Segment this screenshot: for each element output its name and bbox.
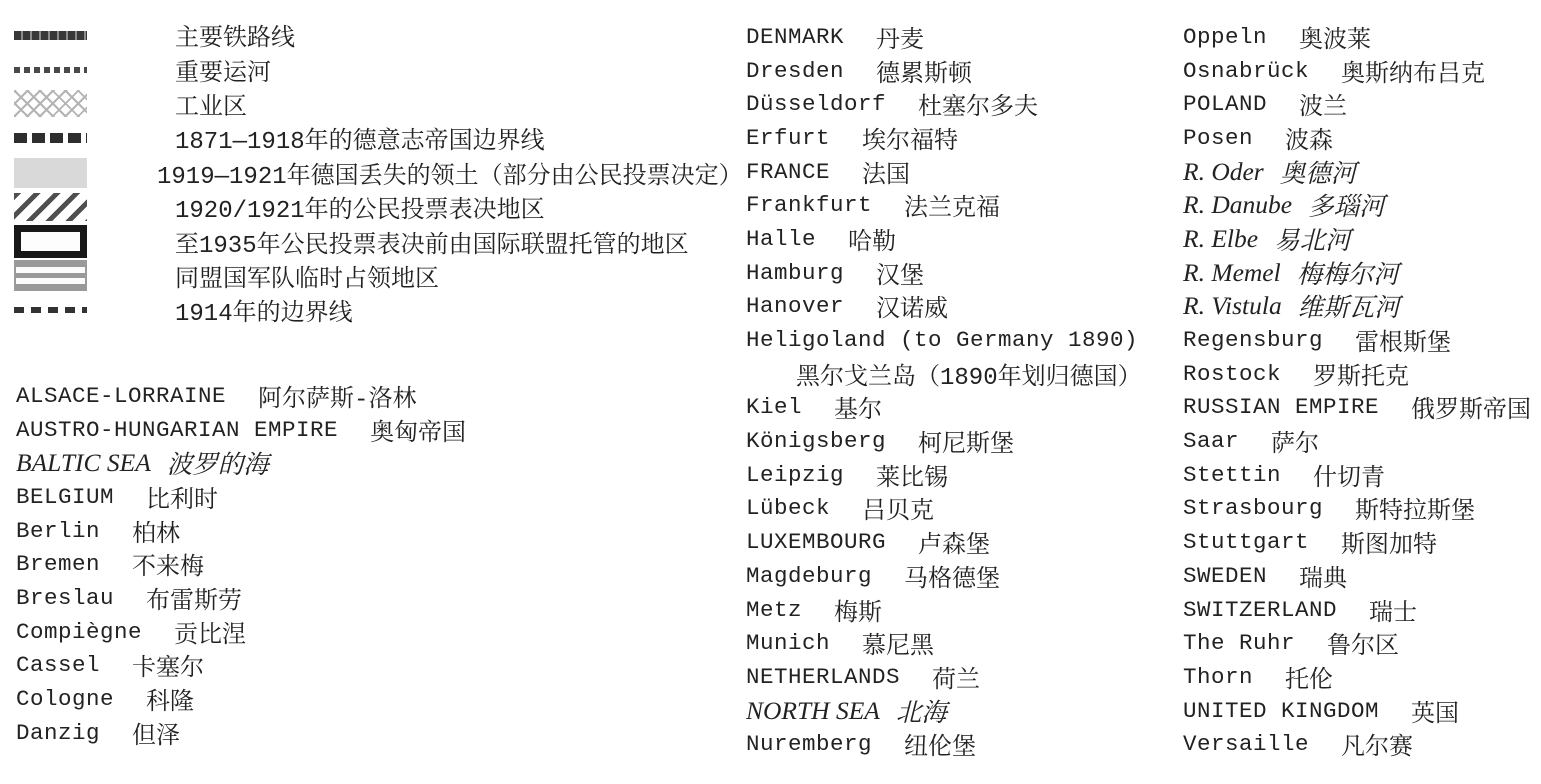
glossary-entry: Dresden 德累斯顿: [746, 54, 1170, 88]
translation: 波兰: [1299, 86, 1347, 122]
glossary-entry: Halle 哈勒: [746, 222, 1170, 256]
glossary-entry: Erfurt 埃尔福特: [746, 121, 1170, 155]
translation: 汉诺威: [876, 288, 948, 324]
map-legend: 主要铁路线 重要运河 工业区 1871—1918年的德意志帝国边界线 1919—…: [14, 18, 743, 328]
glossary-column-left: ALSACE-LORRAINE 阿尔萨斯-洛林 AUSTRO-HUNGARIAN…: [16, 379, 466, 750]
translation: 奥德河: [1280, 154, 1357, 190]
term: Frankfurt: [746, 192, 872, 218]
glossary-entry: Metz 梅斯: [746, 593, 1170, 627]
glossary-entry: The Ruhr 鲁尔区: [1183, 626, 1531, 660]
legend-item: 1920/1921年的公民投票表决地区: [14, 190, 743, 224]
term: Saar: [1183, 428, 1239, 454]
translation: 基尔: [834, 389, 882, 425]
translation: 鲁尔区: [1327, 625, 1399, 661]
glossary-entry: Berlin 柏林: [16, 514, 466, 548]
translation: 梅梅尔河: [1297, 255, 1399, 291]
translation: 奥波莱: [1299, 19, 1371, 55]
term: Strasbourg: [1183, 495, 1323, 521]
glossary-entry: Heligoland (to Germany 1890): [746, 323, 1170, 357]
translation: 斯特拉斯堡: [1355, 490, 1475, 526]
glossary-entry: Danzig 但泽: [16, 716, 466, 750]
legend-label: 同盟国军队临时占领地区: [175, 258, 439, 294]
term: BELGIUM: [16, 484, 114, 510]
legend-label: 1871—1918年的德意志帝国边界线: [175, 120, 545, 156]
term: Königsberg: [746, 428, 886, 454]
glossary-entry: Hamburg 汉堡: [746, 256, 1170, 290]
legend-item: 工业区: [14, 87, 743, 121]
translation: 凡尔赛: [1341, 726, 1413, 762]
legend-item: 主要铁路线: [14, 18, 743, 52]
translation: 萨尔: [1271, 423, 1319, 459]
glossary-entry: Regensburg 雷根斯堡: [1183, 323, 1531, 357]
glossary-entry: SWITZERLAND 瑞士: [1183, 593, 1531, 627]
translation: 贡比涅: [174, 614, 246, 650]
translation: 瑞典: [1299, 558, 1347, 594]
translation: 易北河: [1274, 221, 1351, 257]
translation: 但泽: [132, 715, 180, 751]
term: R. Vistula: [1183, 291, 1282, 321]
legend-item: 重要运河: [14, 52, 743, 86]
term: Bremen: [16, 551, 100, 577]
term: Halle: [746, 226, 816, 252]
term: Cologne: [16, 686, 114, 712]
term: Cassel: [16, 652, 100, 678]
term: Lübeck: [746, 495, 830, 521]
term: SWITZERLAND: [1183, 597, 1337, 623]
translation: 卡塞尔: [132, 647, 204, 683]
legend-label: 1920/1921年的公民投票表决地区: [175, 189, 545, 225]
term: R. Oder: [1183, 157, 1264, 187]
translation: 法兰克福: [904, 187, 1000, 223]
glossary-entry: Bremen 不来梅: [16, 547, 466, 581]
glossary-entry: RUSSIAN EMPIRE 俄罗斯帝国: [1183, 391, 1531, 425]
translation: 布雷斯劳: [146, 580, 242, 616]
glossary-entry: Kiel 基尔: [746, 391, 1170, 425]
term: POLAND: [1183, 91, 1267, 117]
glossary-column-middle: DENMARK 丹麦 Dresden 德累斯顿 Düsseldorf 杜塞尔多夫…: [746, 20, 1170, 761]
glossary-entry: Nuremberg 纽伦堡: [746, 727, 1170, 761]
term: Magdeburg: [746, 563, 872, 589]
term: Danzig: [16, 720, 100, 746]
term: LUXEMBOURG: [746, 529, 886, 555]
translation: 梅斯: [834, 592, 882, 628]
term: Breslau: [16, 585, 114, 611]
term: Hamburg: [746, 260, 844, 286]
glossary-entry: FRANCE 法国: [746, 155, 1170, 189]
legend-label: 1919—1921年德国丢失的领土（部分由公民投票决定）: [157, 155, 743, 191]
translation: 波森: [1285, 120, 1333, 156]
translation: 俄罗斯帝国: [1411, 389, 1531, 425]
term: Heligoland (to Germany 1890): [746, 327, 1138, 353]
glossary-entry: ALSACE-LORRAINE 阿尔萨斯-洛林: [16, 379, 466, 413]
translation: 科隆: [146, 681, 194, 717]
term: R. Danube: [1183, 190, 1292, 220]
glossary-entry: R. Memel 梅梅尔河: [1183, 256, 1531, 290]
glossary-entry: DENMARK 丹麦: [746, 20, 1170, 54]
legend-label: 主要铁路线: [175, 17, 295, 53]
translation: 黑尔戈兰岛（1890年划归德国）: [796, 356, 1142, 392]
translation: 北海: [896, 693, 947, 729]
translation: 比利时: [146, 479, 218, 515]
translation: 荷兰: [932, 659, 980, 695]
glossary-entry: Lübeck 吕贝克: [746, 492, 1170, 526]
glossary-entry: Breslau 布雷斯劳: [16, 581, 466, 615]
glossary-entry: AUSTRO-HUNGARIAN EMPIRE 奥匈帝国: [16, 413, 466, 447]
term: The Ruhr: [1183, 630, 1295, 656]
border-1914-symbol: [14, 307, 87, 313]
glossary-entry: SWEDEN 瑞典: [1183, 559, 1531, 593]
term: Rostock: [1183, 361, 1281, 387]
legend-item: 1919—1921年德国丢失的领土（部分由公民投票决定）: [14, 156, 743, 190]
glossary-entry: Königsberg 柯尼斯堡: [746, 424, 1170, 458]
term: Düsseldorf: [746, 91, 886, 117]
legend-label: 1914年的边界线: [175, 292, 353, 328]
glossary-entry: Compiègne 贡比涅: [16, 615, 466, 649]
term: Thorn: [1183, 664, 1253, 690]
translation: 罗斯托克: [1313, 356, 1409, 392]
glossary-entry: UNITED KINGDOM 英国: [1183, 694, 1531, 728]
legend-item: 同盟国军队临时占领地区: [14, 259, 743, 293]
glossary-entry: Munich 慕尼黑: [746, 626, 1170, 660]
translation: 汉堡: [876, 255, 924, 291]
glossary-entry: NORTH SEA 北海: [746, 694, 1170, 728]
term: DENMARK: [746, 24, 844, 50]
glossary-entry: R. Elbe 易北河: [1183, 222, 1531, 256]
term: Stuttgart: [1183, 529, 1309, 555]
glossary-entry: BELGIUM 比利时: [16, 480, 466, 514]
translation: 丹麦: [876, 19, 924, 55]
glossary-entry: Hanover 汉诺威: [746, 290, 1170, 324]
term: ALSACE-LORRAINE: [16, 383, 226, 409]
empire-border-symbol: [14, 133, 87, 143]
translation: 英国: [1411, 693, 1459, 729]
term: Kiel: [746, 394, 802, 420]
translation: 奥匈帝国: [370, 412, 466, 448]
term: FRANCE: [746, 159, 830, 185]
glossary-entry: R. Oder 奥德河: [1183, 155, 1531, 189]
glossary-entry: Magdeburg 马格德堡: [746, 559, 1170, 593]
term: Dresden: [746, 58, 844, 84]
translation: 莱比锡: [876, 457, 948, 493]
glossary-entry: Thorn 托伦: [1183, 660, 1531, 694]
glossary-entry: Düsseldorf 杜塞尔多夫: [746, 87, 1170, 121]
translation: 多瑙河: [1308, 187, 1385, 223]
glossary-entry: NETHERLANDS 荷兰: [746, 660, 1170, 694]
term: R. Elbe: [1183, 224, 1258, 254]
glossary-entry: Versaille 凡尔赛: [1183, 727, 1531, 761]
glossary-entry: Frankfurt 法兰克福: [746, 188, 1170, 222]
translation: 斯图加特: [1341, 524, 1437, 560]
term: UNITED KINGDOM: [1183, 698, 1379, 724]
translation: 纽伦堡: [904, 726, 976, 762]
glossary-entry: R. Danube 多瑙河: [1183, 188, 1531, 222]
term: NORTH SEA: [746, 696, 880, 726]
translation: 杜塞尔多夫: [918, 86, 1038, 122]
term: Stettin: [1183, 462, 1281, 488]
term: RUSSIAN EMPIRE: [1183, 394, 1379, 420]
railway-line-symbol: [14, 31, 87, 40]
translation: 德累斯顿: [876, 53, 972, 89]
term: BALTIC SEA: [16, 448, 151, 478]
glossary-entry: Rostock 罗斯托克: [1183, 357, 1531, 391]
translation: 埃尔福特: [862, 120, 958, 156]
legend-item: 1914年的边界线: [14, 293, 743, 327]
league-mandate-symbol: [14, 225, 87, 258]
term: Osnabrück: [1183, 58, 1309, 84]
term: Posen: [1183, 125, 1253, 151]
industrial-area-symbol: [14, 90, 87, 117]
translation: 吕贝克: [862, 490, 934, 526]
glossary-entry: Cassel 卡塞尔: [16, 649, 466, 683]
term: Regensburg: [1183, 327, 1323, 353]
translation: 柏林: [132, 513, 180, 549]
legend-label: 重要运河: [175, 52, 271, 88]
translation: 奥斯纳布吕克: [1341, 53, 1485, 89]
glossary-entry: POLAND 波兰: [1183, 87, 1531, 121]
glossary-entry: Strasbourg 斯特拉斯堡: [1183, 492, 1531, 526]
translation: 慕尼黑: [862, 625, 934, 661]
term: R. Memel: [1183, 258, 1281, 288]
legend-item: 1871—1918年的德意志帝国边界线: [14, 121, 743, 155]
term: Erfurt: [746, 125, 830, 151]
translation: 法国: [862, 154, 910, 190]
lost-territory-symbol: [14, 158, 87, 188]
translation: 卢森堡: [918, 524, 990, 560]
term: AUSTRO-HUNGARIAN EMPIRE: [16, 417, 338, 443]
term: Metz: [746, 597, 802, 623]
translation: 什切青: [1313, 457, 1385, 493]
translation: 维斯瓦河: [1298, 288, 1400, 324]
plebiscite-area-symbol: [14, 193, 87, 221]
term: Versaille: [1183, 731, 1309, 757]
legend-item: 至1935年公民投票表决前由国际联盟托管的地区: [14, 224, 743, 258]
canal-line-symbol: [14, 67, 87, 73]
glossary-entry: Saar 萨尔: [1183, 424, 1531, 458]
glossary-entry: Cologne 科隆: [16, 682, 466, 716]
translation: 不来梅: [132, 546, 204, 582]
glossary-entry: R. Vistula 维斯瓦河: [1183, 290, 1531, 324]
term: Munich: [746, 630, 830, 656]
translation: 瑞士: [1369, 592, 1417, 628]
term: Nuremberg: [746, 731, 872, 757]
glossary-entry: Oppeln 奥波莱: [1183, 20, 1531, 54]
glossary-entry: LUXEMBOURG 卢森堡: [746, 525, 1170, 559]
term: SWEDEN: [1183, 563, 1267, 589]
term: Compiègne: [16, 619, 142, 645]
translation: 波罗的海: [167, 445, 269, 481]
glossary-entry: BALTIC SEA 波罗的海: [16, 446, 466, 480]
glossary-entry: Osnabrück 奥斯纳布吕克: [1183, 54, 1531, 88]
allied-occupation-symbol: [14, 260, 87, 291]
term: Leipzig: [746, 462, 844, 488]
term: Berlin: [16, 518, 100, 544]
legend-label: 工业区: [175, 86, 247, 122]
term: Hanover: [746, 293, 844, 319]
term: Oppeln: [1183, 24, 1267, 50]
legend-label: 至1935年公民投票表决前由国际联盟托管的地区: [175, 224, 689, 260]
translation: 哈勒: [848, 221, 896, 257]
translation: 阿尔萨斯-洛林: [258, 378, 416, 414]
term: NETHERLANDS: [746, 664, 900, 690]
glossary-entry: Leipzig 莱比锡: [746, 458, 1170, 492]
glossary-column-right: Oppeln 奥波莱 Osnabrück 奥斯纳布吕克 POLAND 波兰 Po…: [1183, 20, 1531, 761]
translation: 柯尼斯堡: [918, 423, 1014, 459]
glossary-entry: 黑尔戈兰岛（1890年划归德国）: [746, 357, 1170, 391]
glossary-entry: Stuttgart 斯图加特: [1183, 525, 1531, 559]
translation: 托伦: [1285, 659, 1333, 695]
translation: 马格德堡: [904, 558, 1000, 594]
glossary-entry: Posen 波森: [1183, 121, 1531, 155]
translation: 雷根斯堡: [1355, 322, 1451, 358]
glossary-entry: Stettin 什切青: [1183, 458, 1531, 492]
